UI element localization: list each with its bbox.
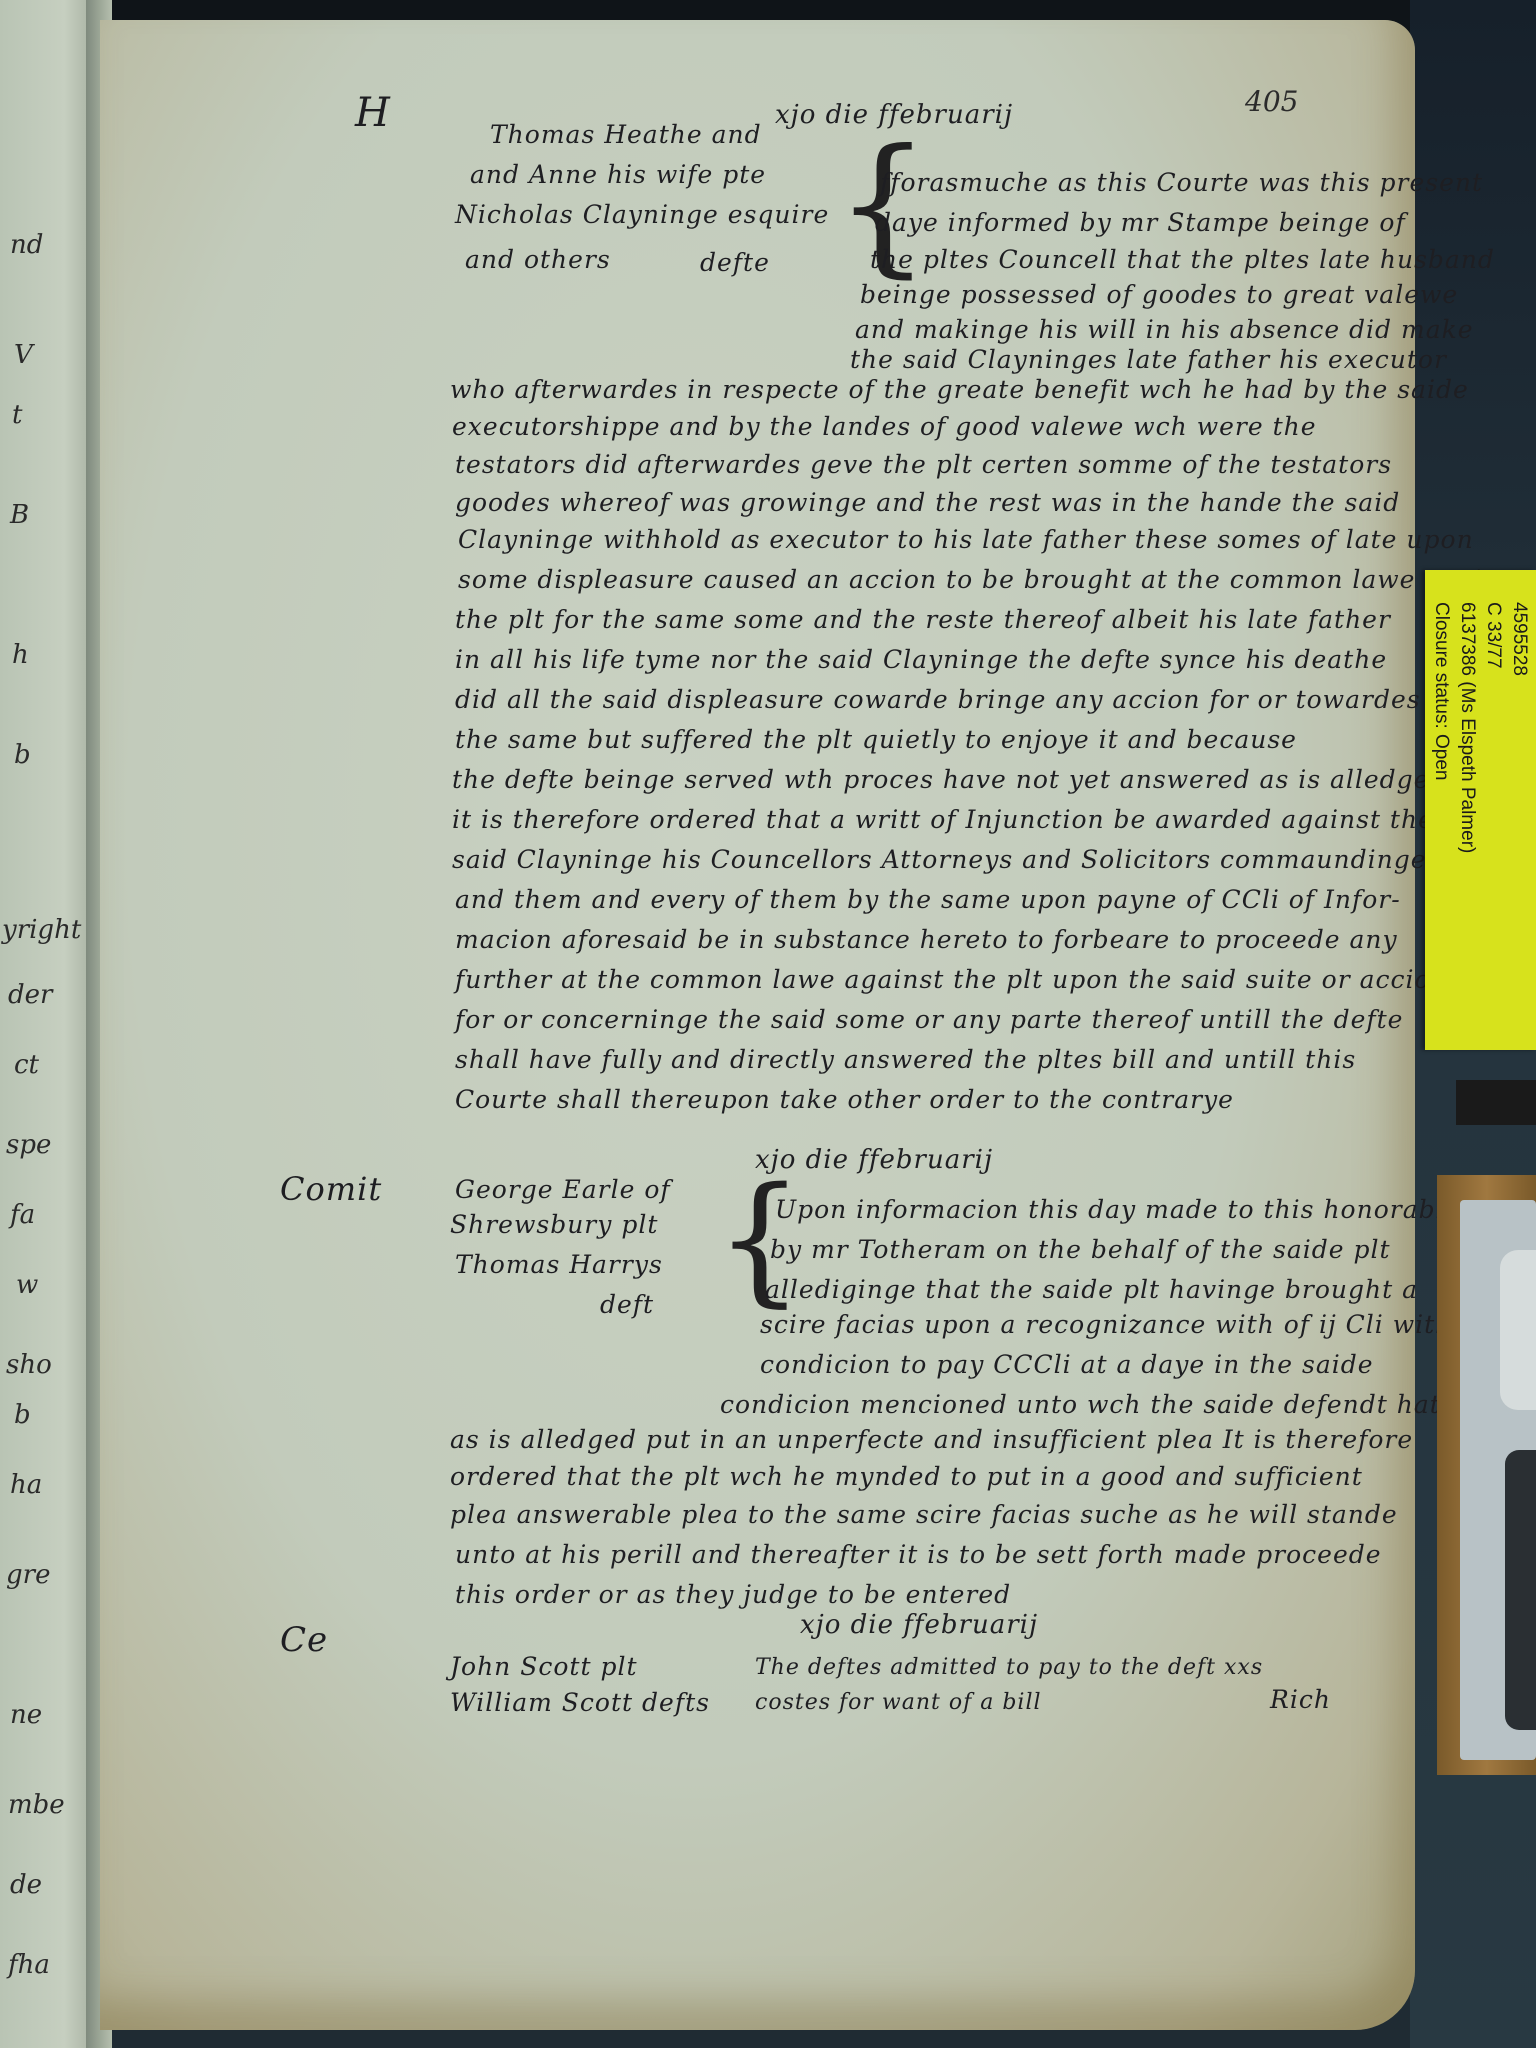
party-line: deft (600, 1290, 654, 1319)
text-line: Courte shall thereupon take other order … (455, 1085, 1234, 1114)
party-line: Shrewsbury plt (450, 1210, 658, 1239)
text-line: did all the said displeasure cowarde bri… (455, 685, 1421, 714)
left-page-fragment: h (12, 640, 29, 670)
left-page-fragment: der (8, 980, 52, 1010)
left-page-fragment: nd (10, 230, 43, 260)
left-page-fragment: de (10, 1870, 42, 1900)
text-line: it is therefore ordered that a writt of … (452, 805, 1434, 834)
text-line: goodes whereof was growinge and the rest… (455, 488, 1400, 517)
party-line: Thomas Heathe and (490, 120, 762, 149)
label-line-catalogue: C 33/77 (1480, 602, 1506, 1052)
party-line: Thomas Harrys (455, 1250, 663, 1279)
party-line: and others (465, 245, 611, 274)
text-line: this order or as they judge to be entere… (455, 1580, 1011, 1609)
holder-bracket (1456, 1080, 1536, 1125)
text-line: scire facias upon a recognizance with of… (760, 1310, 1452, 1339)
text-line: for or concerninge the said some or any … (455, 1005, 1403, 1034)
text-line: the defte beinge served wth proces have … (452, 765, 1447, 794)
left-page-fragment: ne (10, 1700, 42, 1730)
facing-page-left: nd V t B h b yright der ct spe fa w sho … (0, 0, 92, 2048)
left-page-fragment: ha (10, 1470, 42, 1500)
text-line: some displeasure caused an accion to be … (458, 565, 1524, 594)
text-line: ordered that the plt wch he mynded to pu… (450, 1462, 1363, 1491)
left-page-fragment: B (10, 500, 29, 530)
text-line: costes for want of a bill (755, 1690, 1042, 1715)
text-line: daye informed by mr Stampe beinge of (875, 208, 1406, 237)
text-line: who afterwardes in respecte of the great… (450, 375, 1469, 404)
text-line: shall have fully and directly answered t… (455, 1045, 1356, 1074)
text-line: the said Clayninges late father his exec… (850, 345, 1447, 374)
text-line: plea answerable plea to the same scire f… (450, 1500, 1398, 1529)
text-line: macion aforesaid be in substance hereto … (455, 925, 1398, 954)
text-line: as is alledged put in an unperfecte and … (450, 1425, 1413, 1454)
label-line-reference: 4595528 (1506, 602, 1532, 1052)
text-line: the plt for the same some and the reste … (455, 605, 1391, 634)
left-page-fragment: yright (2, 915, 81, 945)
label-line-status: Closure status: Open (1428, 602, 1454, 1052)
holder-grip (1505, 1450, 1536, 1730)
party-line: Nicholas Clayninge esquire (455, 200, 829, 229)
folio-number: 405 (1245, 85, 1298, 118)
text-line: allediginge that the saide plt havinge b… (765, 1275, 1418, 1304)
text-line: the pltes Councell that the pltes late h… (870, 245, 1495, 274)
holder-knob (1500, 1250, 1536, 1410)
left-page-fragment: b (14, 740, 31, 770)
left-page-fragment: sho (6, 1350, 52, 1380)
text-line: condicion mencioned unto wch the saide d… (720, 1390, 1458, 1419)
party-line: and Anne his wife pte (470, 160, 766, 189)
left-page-fragment: w (16, 1270, 38, 1300)
left-page-fragment: V (14, 340, 33, 370)
left-page-fragment: ct (14, 1050, 39, 1080)
left-page-fragment: spe (6, 1130, 51, 1160)
text-line: said Clayninge his Councellors Attorneys… (452, 845, 1504, 874)
signature: Rich (1270, 1685, 1331, 1714)
party-line: John Scott plt (450, 1652, 638, 1681)
text-line: Upon informacion this day made to this h… (775, 1195, 1460, 1224)
party-line: George Earle of (455, 1175, 671, 1204)
left-page-fragment: gre (6, 1560, 50, 1590)
text-line: executorshippe and by the landes of good… (452, 412, 1317, 441)
party-line: defte (700, 248, 770, 277)
text-line: and makinge his will in his absence did … (855, 315, 1474, 344)
label-line-requester: 6137386 (Ms Elspeth Palmer) (1454, 602, 1480, 1052)
margin-mark: Comit (280, 1170, 382, 1208)
text-line: testators did afterwardes geve the plt c… (455, 450, 1392, 479)
margin-mark: H (355, 90, 391, 136)
text-line: The deftes admitted to pay to the deft x… (755, 1655, 1263, 1680)
text-line: fforasmuche as this Courte was this pres… (880, 168, 1483, 197)
text-line: by mr Totheram on the behalf of the said… (770, 1235, 1391, 1264)
catalogue-label: 4595528 C 33/77 6137386 (Ms Elspeth Palm… (1425, 570, 1536, 1050)
entry-date: xjo die ffebruarij (800, 1610, 1038, 1640)
left-page-fragment: mbe (8, 1790, 65, 1820)
left-page-fragment: fha (8, 1950, 50, 1980)
text-line: in all his life tyme nor the said Clayni… (455, 645, 1387, 674)
label-text: 4595528 C 33/77 6137386 (Ms Elspeth Palm… (1428, 602, 1532, 1052)
text-line: unto at his perill and thereafter it is … (455, 1540, 1382, 1569)
text-line: the same but suffered the plt quietly to… (455, 725, 1297, 754)
left-page-fragment: b (14, 1400, 31, 1430)
margin-mark: Ce (280, 1620, 328, 1660)
text-line: and them and every of them by the same u… (455, 885, 1401, 914)
text-line: Clayninge withhold as executor to his la… (458, 525, 1474, 554)
text-line: beinge possessed of goodes to great vale… (860, 280, 1458, 309)
text-line: condicion to pay CCCli at a daye in the … (760, 1350, 1374, 1379)
left-page-fragment: fa (10, 1200, 35, 1230)
text-line: further at the common lawe against the p… (455, 965, 1448, 994)
left-page-fragment: t (12, 400, 22, 430)
party-line: William Scott defts (450, 1688, 710, 1717)
